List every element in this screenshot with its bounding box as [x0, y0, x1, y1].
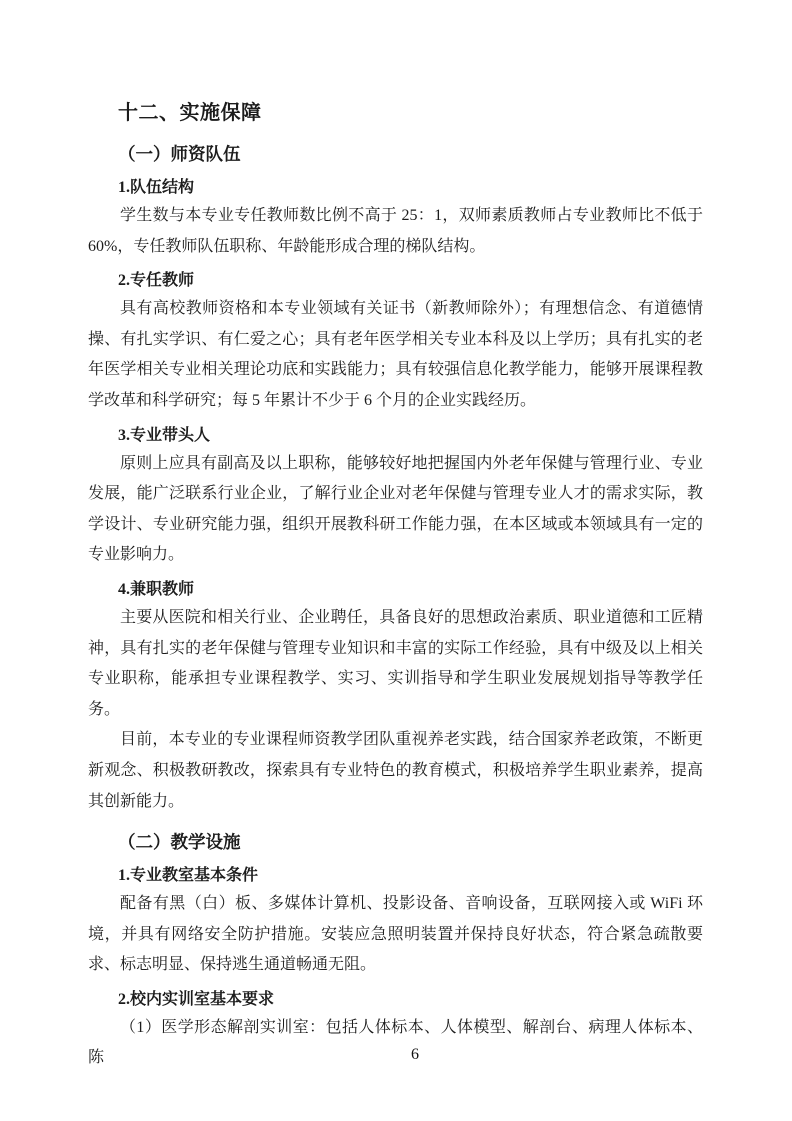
subsection-heading-teaching-staff: （一）师资队伍	[88, 139, 703, 169]
subsection-heading-teaching-facilities: （二）教学设施	[88, 827, 703, 857]
item-heading-classroom-requirements: 1.专业教室基本条件	[88, 863, 703, 889]
paragraph-fulltime-teachers: 具有高校教师资格和本专业领域有关证书（新教师除外）；有理想信念、有道德情操、有扎…	[88, 294, 703, 416]
paragraph-classroom-requirements: 配备有黑（白）板、多媒体计算机、投影设备、音响设备，互联网接入或 WiFi 环境…	[88, 889, 703, 981]
section-heading-implementation-guarantee: 十二、实施保障	[88, 97, 703, 129]
item-heading-program-leader: 3.专业带头人	[88, 423, 703, 449]
paragraph-current-team-status: 目前，本专业的专业课程师资教学团队重视养老实践，结合国家养老政策，不断更新观念、…	[88, 725, 703, 817]
item-heading-training-room-requirements: 2.校内实训室基本要求	[88, 987, 703, 1013]
page-number: 6	[0, 1040, 792, 1070]
item-heading-parttime-teachers: 4.兼职教师	[88, 577, 703, 603]
item-heading-fulltime-teachers: 2.专任教师	[88, 268, 703, 294]
paragraph-parttime-teachers: 主要从医院和相关行业、企业聘任，具备良好的思想政治素质、职业道德和工匠精神，具有…	[88, 603, 703, 725]
paragraph-program-leader: 原则上应具有副高及以上职称，能够较好地把握国内外老年保健与管理行业、专业发展，能…	[88, 449, 703, 571]
item-heading-team-structure: 1.队伍结构	[88, 175, 703, 201]
document-page: 十二、实施保障 （一）师资队伍 1.队伍结构 学生数与本专业专任教师数比例不高于…	[0, 0, 792, 1121]
paragraph-team-structure: 学生数与本专业专任教师数比例不高于 25：1，双师素质教师占专业教师比不低于 6…	[88, 201, 703, 262]
